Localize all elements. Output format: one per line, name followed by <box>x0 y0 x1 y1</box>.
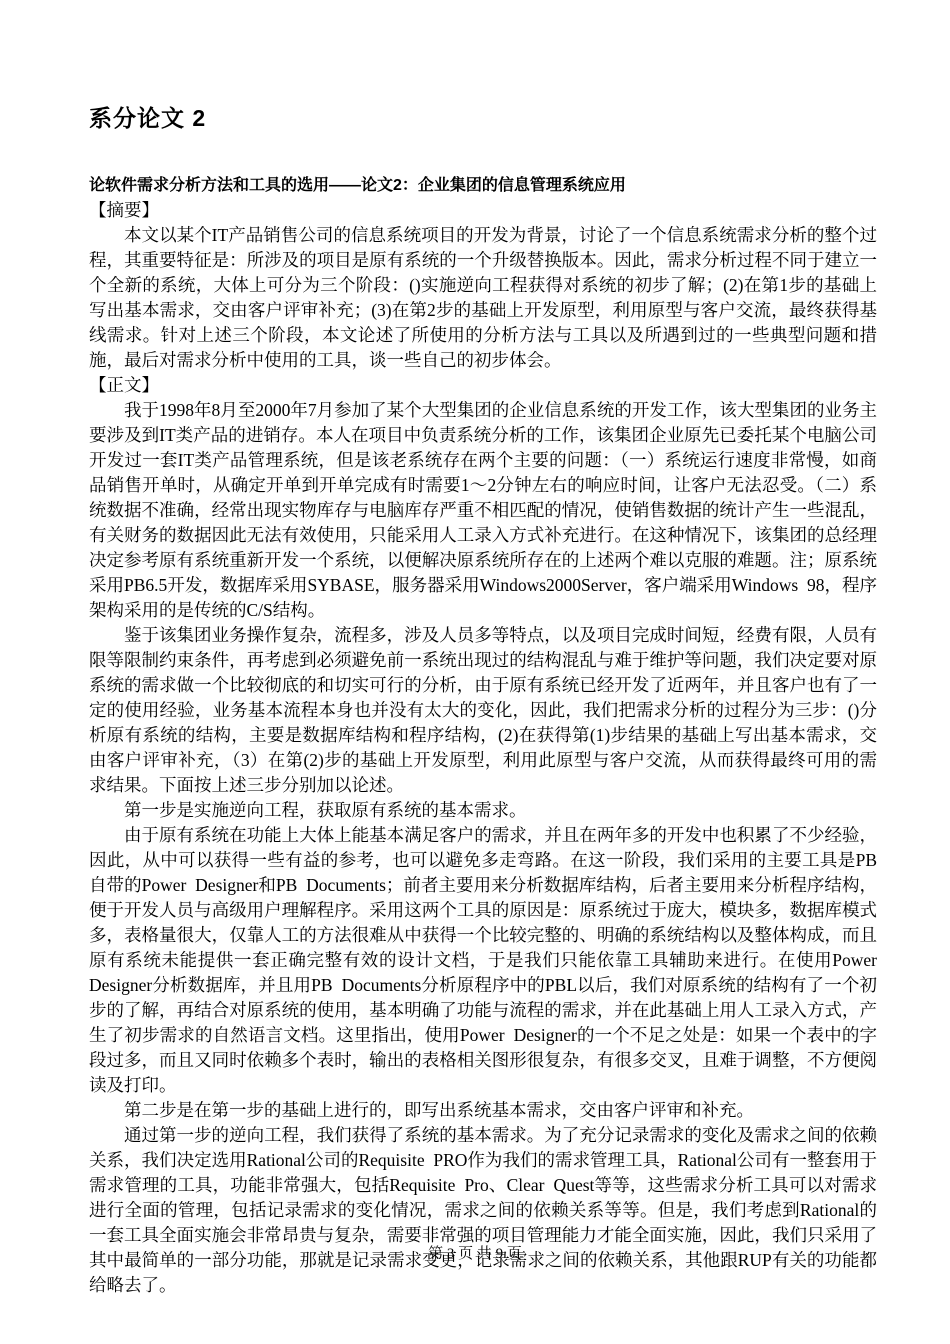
body-paragraph: 鉴于该集团业务操作复杂，流程多，涉及人员多等特点，以及项目完成时间短，经费有限，… <box>89 623 877 798</box>
document-content: 系分论文 2 论软件需求分析方法和工具的选用——论文2：企业集团的信息管理系统应… <box>89 104 877 1298</box>
body-paragraph: 由于原有系统在功能上大体上能基本满足客户的需求，并且在两年多的开发中也积累了不少… <box>89 823 877 1098</box>
body-label: 【正文】 <box>89 373 877 398</box>
body-paragraph: 第二步是在第一步的基础上进行的，即写出系统基本需求，交由客户评审和补充。 <box>89 1098 877 1123</box>
body-paragraph: 通过第一步的逆向工程，我们获得了系统的基本需求。为了充分记录需求的变化及需求之间… <box>89 1123 877 1298</box>
body-paragraph: 我于1998年8月至2000年7月参加了某个大型集团的企业信息系统的开发工作，该… <box>89 398 877 623</box>
abstract-paragraph: 本文以某个IT产品销售公司的信息系统项目的开发为背景，讨论了一个信息系统需求分析… <box>89 223 877 373</box>
document-title: 系分论文 2 <box>89 104 877 132</box>
document-page: 系分论文 2 论软件需求分析方法和工具的选用——论文2：企业集团的信息管理系统应… <box>0 0 950 1344</box>
page-number: 第 3 页 共 9 页 <box>0 1243 950 1265</box>
essay-heading: 论软件需求分析方法和工具的选用——论文2：企业集团的信息管理系统应用 <box>89 173 877 198</box>
abstract-label: 【摘要】 <box>89 198 877 223</box>
body-paragraph: 第一步是实施逆向工程，获取原有系统的基本需求。 <box>89 798 877 823</box>
